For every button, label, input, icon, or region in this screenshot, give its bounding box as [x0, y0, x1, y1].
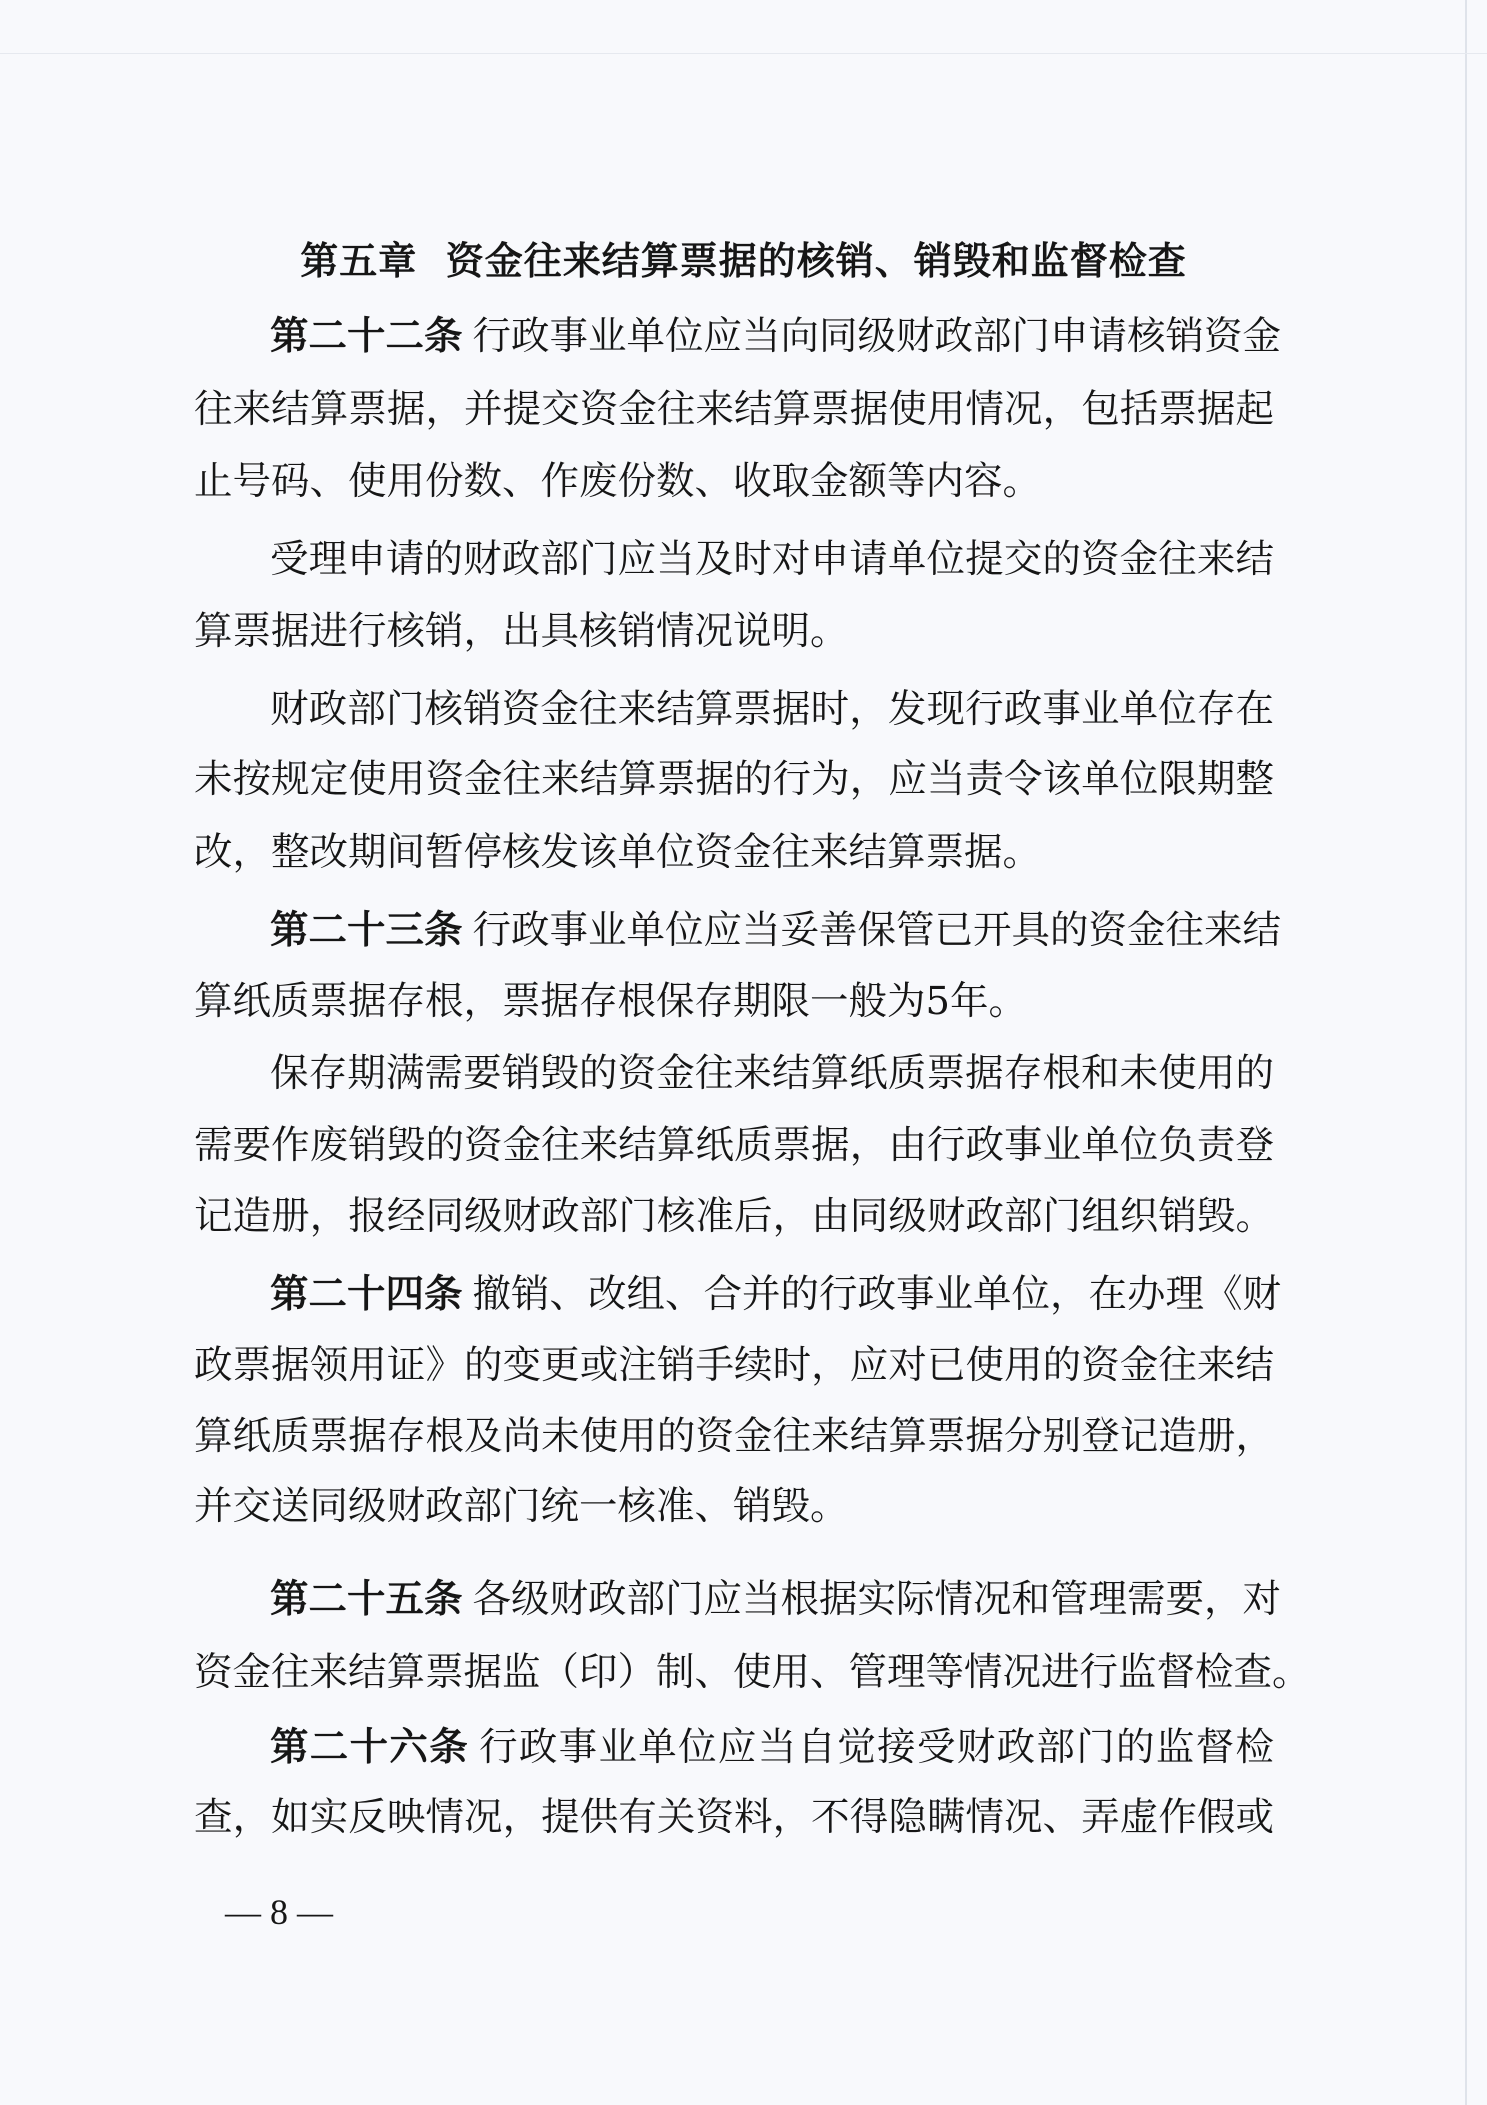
article-heading: 第二十五条: [270, 1577, 463, 1622]
chapter-title: 第五章 资金往来结算票据的核销、销毁和监督检查: [0, 236, 1487, 286]
paragraph-line: 记造册，报经同级财政部门核准后，由同级财政部门组织销毁。: [194, 1192, 1274, 1242]
article-25-line-2: 资金往来结算票据监（印）制、使用、管理等情况进行监督检查。: [194, 1648, 1274, 1698]
page-edge-vertical: [1465, 0, 1467, 2105]
paragraph-line: 改，整改期间暂停核发该单位资金往来结算票据。: [194, 828, 1041, 878]
article-22-line-1: 第二十二条行政事业单位应当向同级财政部门申请核销资金: [270, 312, 1274, 362]
article-22-line-3: 止号码、使用份数、作废份数、收取金额等内容。: [194, 457, 1041, 507]
page-edge-horizontal: [0, 53, 1487, 54]
line-text: 各级财政部门应当根据实际情况和管理需要，对: [473, 1577, 1282, 1622]
article-heading: 第二十四条: [270, 1272, 463, 1317]
article-24-line-3: 算纸质票据存根及尚未使用的资金往来结算票据分别登记造册，: [194, 1412, 1274, 1462]
article-24-line-2: 政票据领用证》的变更或注销手续时，应对已使用的资金往来结: [194, 1341, 1274, 1391]
article-24-line-1: 第二十四条撤销、改组、合并的行政事业单位，在办理《财: [270, 1270, 1274, 1320]
article-24-line-4: 并交送同级财政部门统一核准、销毁。: [194, 1482, 849, 1532]
article-heading: 第二十六条: [270, 1725, 469, 1770]
article-25-line-1: 第二十五条各级财政部门应当根据实际情况和管理需要，对: [270, 1575, 1274, 1625]
paragraph-line: 保存期满需要销毁的资金往来结算纸质票据存根和未使用的: [270, 1049, 1274, 1099]
paragraph-line: 受理申请的财政部门应当及时对申请单位提交的资金往来结: [270, 535, 1274, 585]
line-text: 行政事业单位应当妥善保管已开具的资金往来结: [473, 908, 1282, 953]
article-23-line-1: 第二十三条行政事业单位应当妥善保管已开具的资金往来结: [270, 906, 1274, 956]
article-26-line-1: 第二十六条行政事业单位应当自觉接受财政部门的监督检: [270, 1723, 1274, 1773]
line-text: 撤销、改组、合并的行政事业单位，在办理《财: [473, 1272, 1282, 1317]
line-text: 行政事业单位应当向同级财政部门申请核销资金: [473, 314, 1282, 359]
paragraph-line: 财政部门核销资金往来结算票据时，发现行政事业单位存在: [270, 685, 1274, 735]
article-heading: 第二十二条: [270, 314, 463, 359]
page-number: — 8 —: [225, 1890, 333, 1934]
article-heading: 第二十三条: [270, 908, 463, 953]
paragraph-line: 算票据进行核销，出具核销情况说明。: [194, 607, 849, 657]
article-23-line-2: 算纸质票据存根，票据存根保存期限一般为5年。: [194, 977, 1027, 1027]
article-26-line-2: 查，如实反映情况，提供有关资料，不得隐瞒情况、弄虚作假或: [194, 1793, 1274, 1843]
line-text: 行政事业单位应当自觉接受财政部门的监督检: [479, 1725, 1274, 1770]
article-22-line-2: 往来结算票据，并提交资金往来结算票据使用情况，包括票据起: [194, 385, 1274, 435]
paragraph-line: 需要作废销毁的资金往来结算纸质票据，由行政事业单位负责登: [194, 1121, 1274, 1171]
paragraph-line: 未按规定使用资金往来结算票据的行为，应当责令该单位限期整: [194, 755, 1274, 805]
